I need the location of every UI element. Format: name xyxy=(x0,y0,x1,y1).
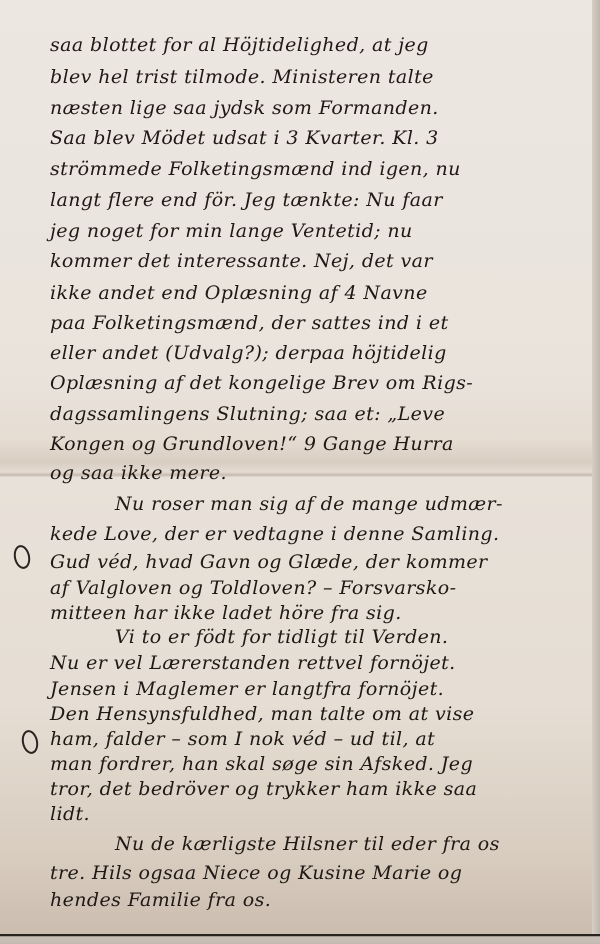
margin-circle-icon xyxy=(20,729,41,756)
letter-line: Gud véd, hvad Gavn og Glæde, der kommer xyxy=(50,551,488,573)
paper-edge xyxy=(592,0,600,944)
letter-line: Nu roser man sig af de mange udmær- xyxy=(115,493,503,515)
letter-line: langt flere end för. Jeg tænkte: Nu faar xyxy=(50,189,443,211)
letter-line: tror, det bedröver og trykker ham ikke s… xyxy=(50,778,477,800)
letter-line: ikke andet end Oplæsning af 4 Navne xyxy=(50,282,428,304)
letter-line: og saa ikke mere. xyxy=(50,462,227,484)
letter-line: næsten lige saa jydsk som Formanden. xyxy=(50,97,439,119)
letter-line: Jensen i Maglemer er langtfra fornöjet. xyxy=(50,678,444,700)
letter-line: Oplæsning af det kongelige Brev om Rigs- xyxy=(50,372,473,394)
letter-line: Kongen og Grundloven!“ 9 Gange Hurra xyxy=(50,433,454,455)
letter-line: kede Love, der er vedtagne i denne Samli… xyxy=(50,523,499,545)
letter-line: blev hel trist tilmode. Ministeren talte xyxy=(50,66,434,88)
letter-line: af Valgloven og Toldloven? – Forsvarsko- xyxy=(50,577,456,599)
letter-line: saa blottet for al Höjtidelighed, at jeg xyxy=(50,34,429,56)
letter-line: Nu de kærligste Hilsner til eder fra os xyxy=(115,833,500,855)
letter-line: Den Hensynsfuldhed, man talte om at vise xyxy=(50,703,474,725)
letter-line: Nu er vel Lærerstanden rettvel fornöjet. xyxy=(50,652,456,674)
letter-line: eller andet (Udvalg?); derpaa höjtidelig xyxy=(50,342,447,364)
letter-line: tre. Hils ogsaa Niece og Kusine Marie og xyxy=(50,862,462,884)
letter-line: paa Folketingsmænd, der sattes ind i et xyxy=(50,312,449,334)
letter-line: mitteen har ikke ladet höre fra sig. xyxy=(50,602,402,624)
letter-page: saa blottet for al Höjtidelighed, at jeg… xyxy=(0,0,592,934)
letter-line: kommer det interessante. Nej, det var xyxy=(50,250,433,272)
letter-line: hendes Familie fra os. xyxy=(50,889,271,911)
letter-line: man fordrer, han skal søge sin Afsked. J… xyxy=(50,753,473,775)
letter-line: dagssamlingens Slutning; saa et: „Leve xyxy=(50,403,445,425)
letter-line: lidt. xyxy=(50,803,90,825)
letter-line: Saa blev Mödet udsat i 3 Kvarter. Kl. 3 xyxy=(50,127,439,149)
margin-circle-icon xyxy=(12,544,33,571)
letter-line: strömmede Folketingsmænd ind igen, nu xyxy=(50,158,461,180)
letter-line: ham, falder – som I nok véd – ud til, at xyxy=(50,728,435,750)
letter-line: Vi to er födt for tidligt til Verden. xyxy=(115,626,448,648)
paper-edge-bottom xyxy=(0,934,600,944)
letter-line: jeg noget for min lange Ventetid; nu xyxy=(50,220,413,242)
